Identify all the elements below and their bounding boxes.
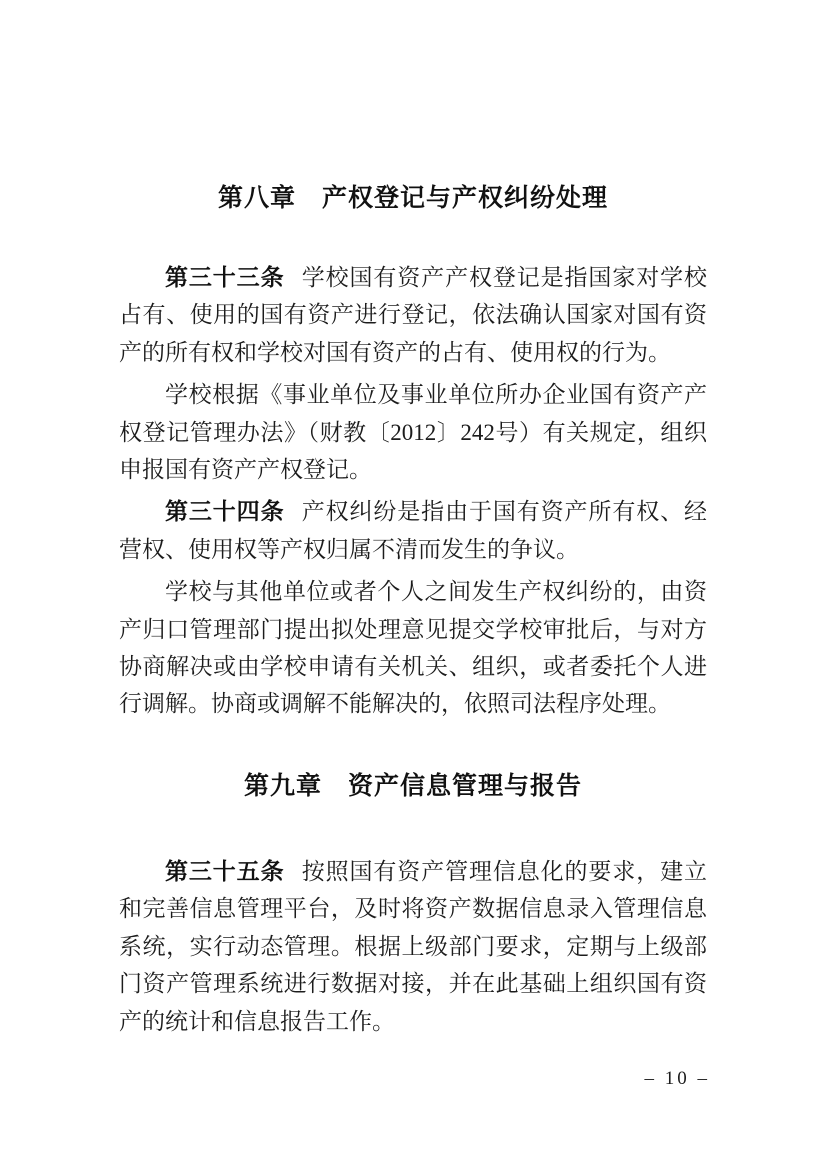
chapter-8-paragraph-2: 学校根据《事业单位及事业单位所办企业国有资产产权登记管理办法》（财教〔2012〕… bbox=[119, 376, 707, 488]
page-number: – 10 – bbox=[645, 1068, 711, 1090]
chapter-8-paragraph-4: 学校与其他单位或者个人之间发生产权纠纷的，由资产归口管理部门提出拟处理意见提交学… bbox=[119, 573, 707, 723]
article-35-paragraph: 第三十五条按照国有资产管理信息化的要求，建立和完善信息管理平台，及时将资产数据信… bbox=[119, 853, 707, 1040]
document-page: 第八章 产权登记与产权纠纷处理 第三十三条学校国有资产产权登记是指国家对学校占有… bbox=[0, 0, 826, 1169]
article-33-number: 第三十三条 bbox=[165, 265, 284, 290]
document-content: 第八章 产权登记与产权纠纷处理 第三十三条学校国有资产产权登记是指国家对学校占有… bbox=[119, 0, 707, 1040]
article-33-paragraph: 第三十三条学校国有资产产权登记是指国家对学校占有、使用的国有资产进行登记，依法确… bbox=[119, 259, 707, 371]
article-35-number: 第三十五条 bbox=[165, 859, 284, 884]
chapter-8-paragraph-2-text: 学校根据《事业单位及事业单位所办企业国有资产产权登记管理办法》（财教〔2012〕… bbox=[119, 382, 707, 482]
article-34-paragraph: 第三十四条产权纠纷是指由于国有资产所有权、经营权、使用权等产权归属不清而发生的争… bbox=[119, 493, 707, 568]
chapter-8-paragraph-4-text: 学校与其他单位或者个人之间发生产权纠纷的，由资产归口管理部门提出拟处理意见提交学… bbox=[119, 579, 707, 716]
chapter-8-heading: 第八章 产权登记与产权纠纷处理 bbox=[119, 183, 707, 213]
chapter-9-heading: 第九章 资产信息管理与报告 bbox=[119, 771, 707, 801]
article-35-text: 按照国有资产管理信息化的要求，建立和完善信息管理平台，及时将资产数据信息录入管理… bbox=[119, 859, 707, 1034]
article-34-number: 第三十四条 bbox=[165, 499, 284, 524]
